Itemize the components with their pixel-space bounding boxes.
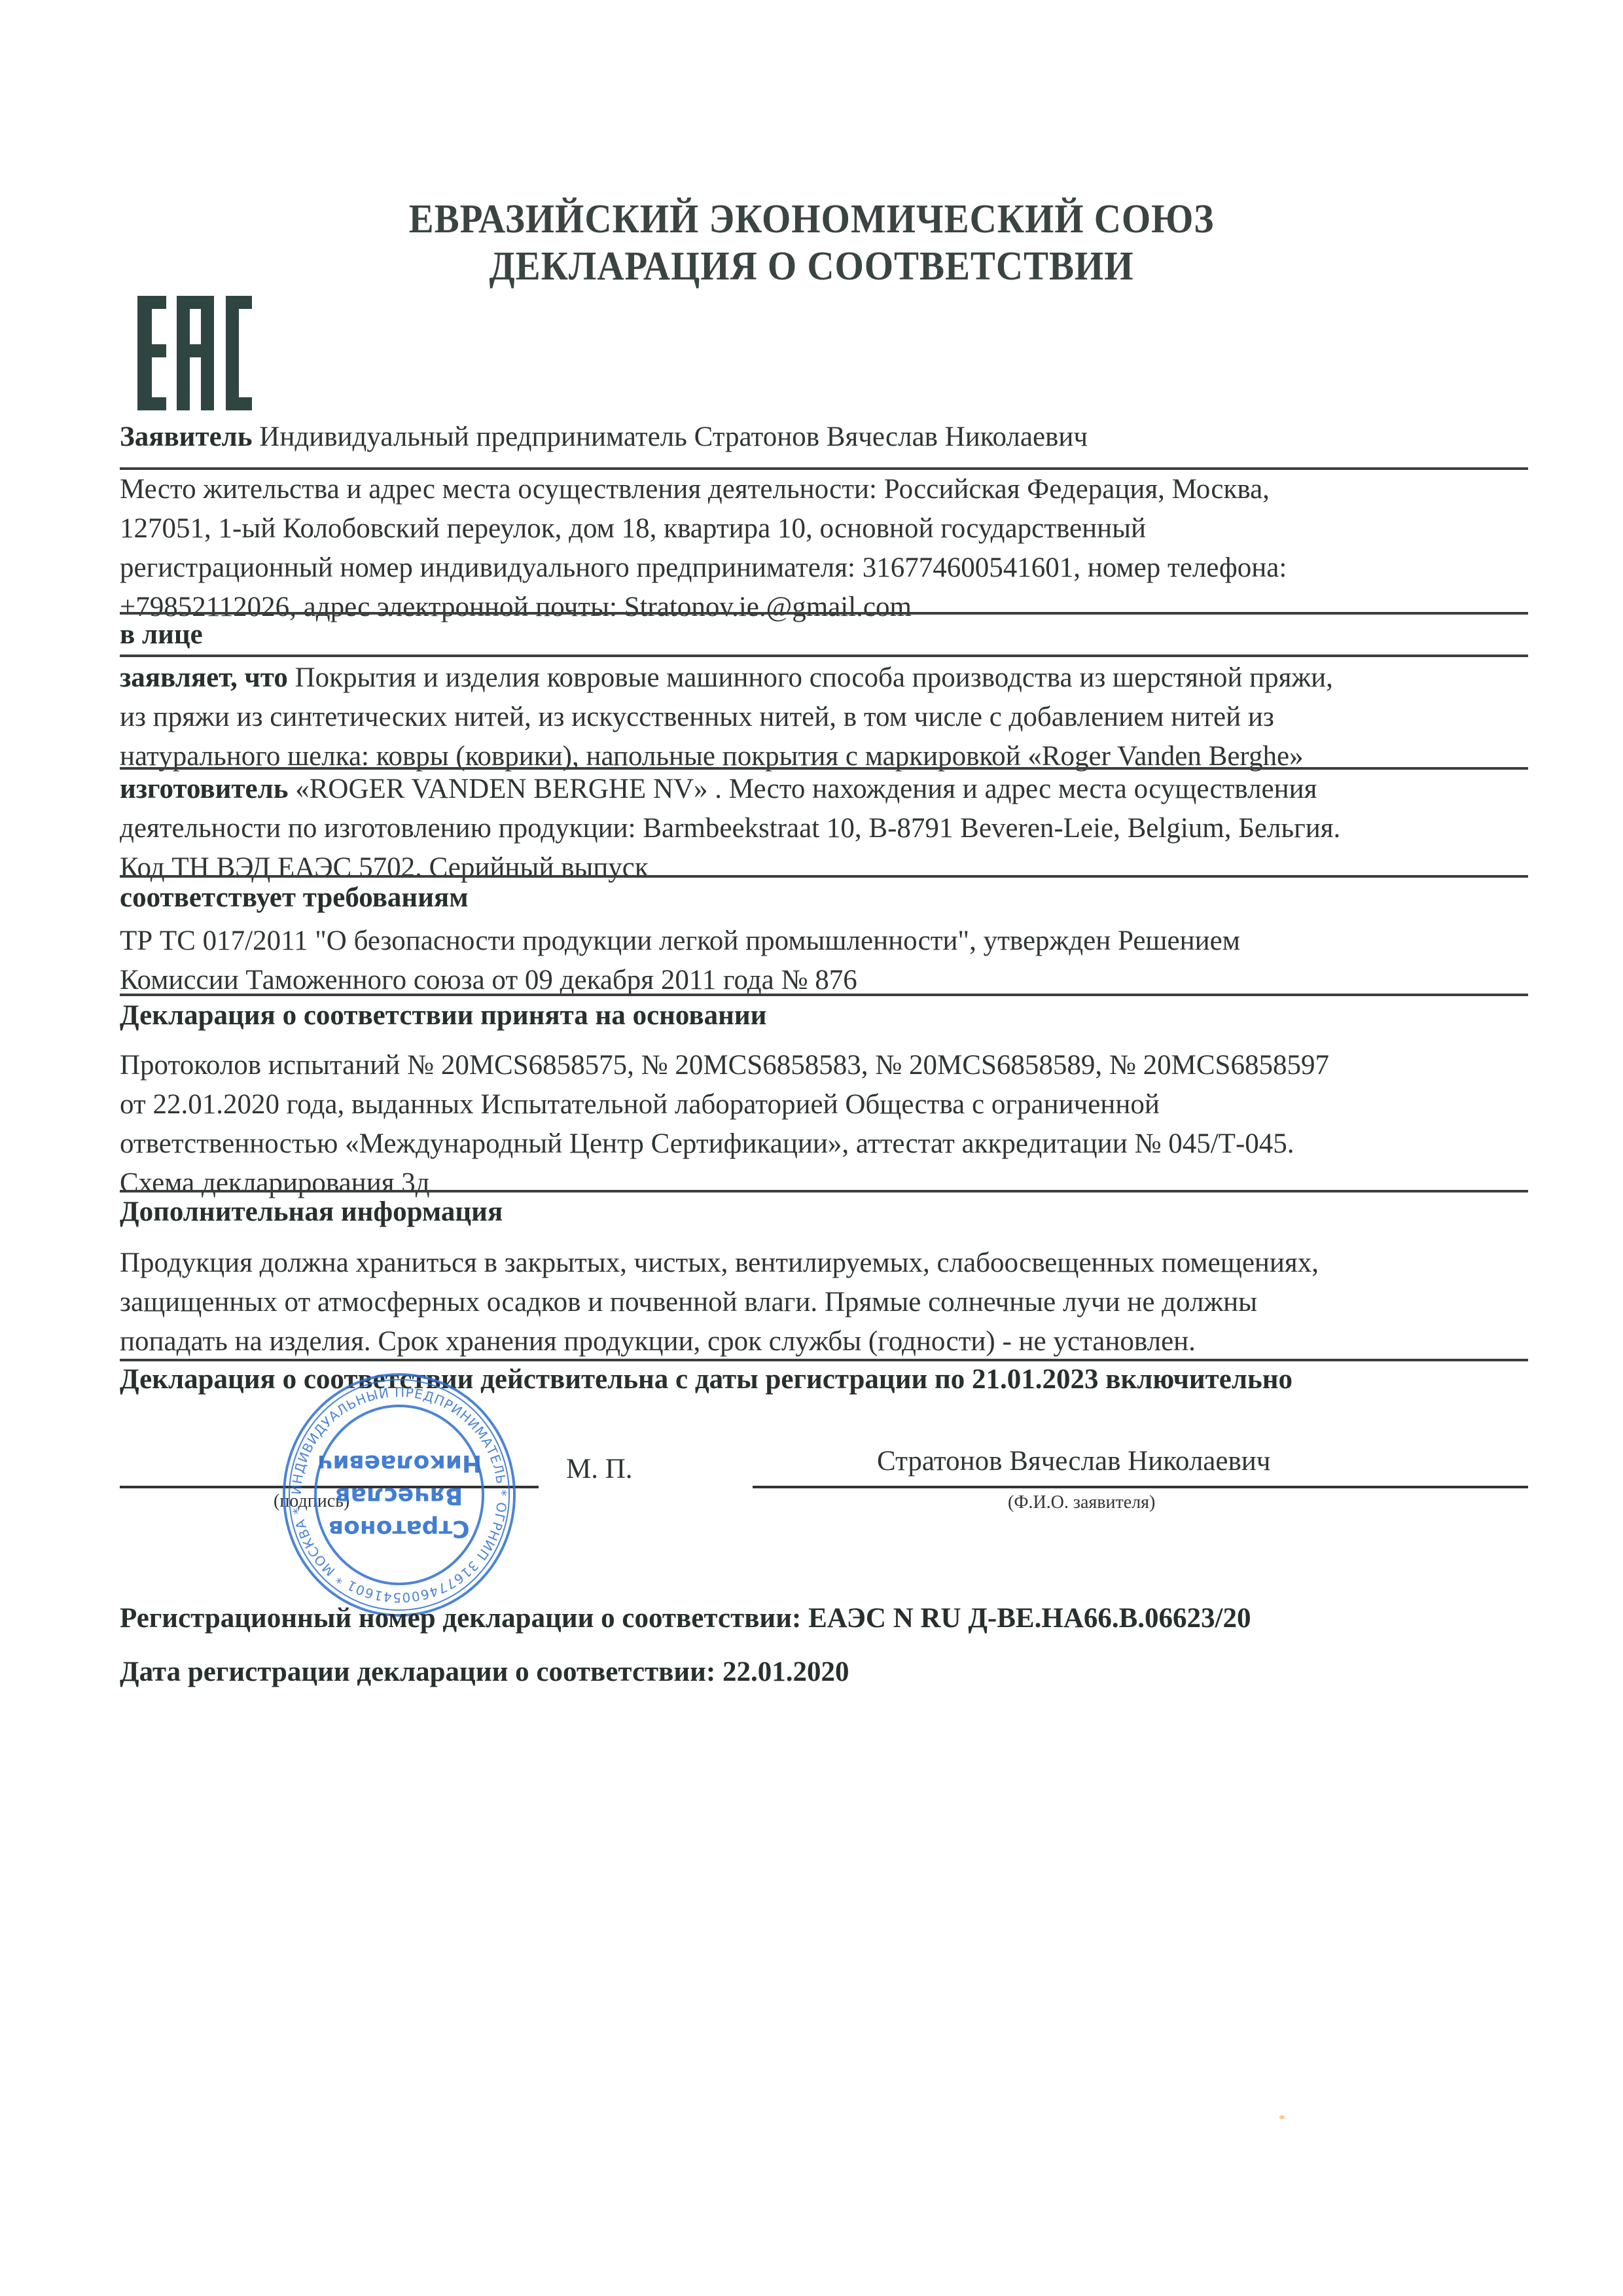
requirement-line: ТР ТС 017/2011 "О безопасности продукции… — [120, 922, 1528, 961]
declares-label: заявляет, что — [120, 662, 288, 693]
additional-line: защищенных от атмосферных осадков и почв… — [120, 1283, 1528, 1322]
applicant-full-name: Стратонов Вячеслав Николаевич — [877, 1445, 1270, 1477]
address-line: регистрационный номер индивидуального пр… — [120, 548, 1528, 588]
name-caption: (Ф.И.О. заявителя) — [1008, 1492, 1155, 1513]
registration-number-label: Регистрационный номер декларации о соотв… — [120, 1603, 808, 1634]
applicant-label: Заявитель — [120, 422, 253, 452]
applicant-value: Индивидуальный предприниматель Стратонов… — [253, 422, 1088, 452]
svg-text:Стратонов: Стратонов — [329, 1515, 469, 1542]
requirements-section: ТР ТС 017/2011 "О безопасности продукции… — [120, 922, 1528, 1000]
manufacturer-section: изготовитель «ROGER VANDEN BERGHE NV» . … — [120, 770, 1528, 888]
declaration-page: ЕВРАЗИЙСКИЙ ЭКОНОМИЧЕСКИЙ СОЮЗ ДЕКЛАРАЦИ… — [0, 0, 1623, 2296]
manufacturer-address: деятельности по изготовлению продукции: … — [120, 809, 1528, 848]
registration-date-label: Дата регистрации декларации о соответств… — [120, 1657, 722, 1687]
product-description: Покрытия и изделия ковровые машинного сп… — [288, 662, 1333, 693]
basis-label: Декларация о соответствии принята на осн… — [120, 1000, 766, 1031]
basis-line: Протоколов испытаний № 20MCS6858575, № 2… — [120, 1046, 1528, 1085]
union-title: ЕВРАЗИЙСКИЙ ЭКОНОМИЧЕСКИЙ СОЮЗ — [65, 196, 1558, 243]
name-line — [753, 1486, 1528, 1488]
additional-heading: Дополнительная информация — [120, 1193, 1528, 1232]
additional-section: Продукция должна храниться в закрытых, ч… — [120, 1244, 1528, 1361]
svg-text:Николаевич: Николаевич — [317, 1450, 482, 1477]
registration-number-value: ЕАЭС N RU Д-BE.НА66.В.06623/20 — [808, 1603, 1251, 1634]
manufacturer-label: изготовитель — [120, 774, 289, 804]
represented-by: в лице — [120, 615, 1528, 655]
eac-logo-icon — [137, 296, 250, 410]
basis-section: Протоколов испытаний № 20MCS6858575, № 2… — [120, 1046, 1528, 1203]
address-line: Место жительства и адрес места осуществл… — [120, 470, 1528, 509]
svg-text:Вячеслав: Вячеслав — [336, 1482, 463, 1509]
registration-number-row: Регистрационный номер декларации о соотв… — [120, 1602, 1251, 1634]
seal-mark: М. П. — [566, 1453, 633, 1485]
represented-by-label: в лице — [120, 619, 203, 650]
additional-line: попадать на изделия. Срок хранения проду… — [120, 1322, 1528, 1361]
basis-line: от 22.01.2020 года, выданных Испытательн… — [120, 1085, 1528, 1124]
divider — [120, 875, 1528, 878]
registration-date-value: 22.01.2020 — [722, 1657, 849, 1687]
official-stamp-icon: ИНДИВИДУАЛЬНЫЙ ПРЕДПРИНИМАТЕЛЬ * ОГРНИП … — [281, 1373, 517, 1617]
requirements-label: соответствует требованиям — [120, 882, 469, 913]
declares-section: заявляет, что Покрытия и изделия ковровы… — [120, 658, 1528, 776]
additional-label: Дополнительная информация — [120, 1196, 503, 1227]
document-title: ДЕКЛАРАЦИЯ О СООТВЕТСТВИИ — [65, 243, 1558, 290]
address-section: Место жительства и адрес места осуществл… — [120, 470, 1528, 627]
address-line: 127051, 1-ый Колобовский переулок, дом 1… — [120, 509, 1528, 548]
requirements-heading: соответствует требованиям — [120, 878, 1528, 918]
additional-line: Продукция должна храниться в закрытых, ч… — [120, 1244, 1528, 1283]
product-description: из пряжи из синтетических нитей, из иску… — [120, 698, 1528, 737]
divider — [120, 612, 1528, 615]
divider — [120, 655, 1528, 657]
applicant-row: Заявитель Индивидуальный предприниматель… — [120, 418, 1528, 457]
basis-heading: Декларация о соответствии принята на осн… — [120, 996, 1528, 1035]
manufacturer-value: «ROGER VANDEN BERGHE NV» . Место нахожде… — [289, 774, 1317, 804]
basis-line: ответственностью «Международный Центр Се… — [120, 1124, 1528, 1164]
registration-date-row: Дата регистрации декларации о соответств… — [120, 1656, 849, 1688]
scan-speck — [1279, 2115, 1285, 2119]
